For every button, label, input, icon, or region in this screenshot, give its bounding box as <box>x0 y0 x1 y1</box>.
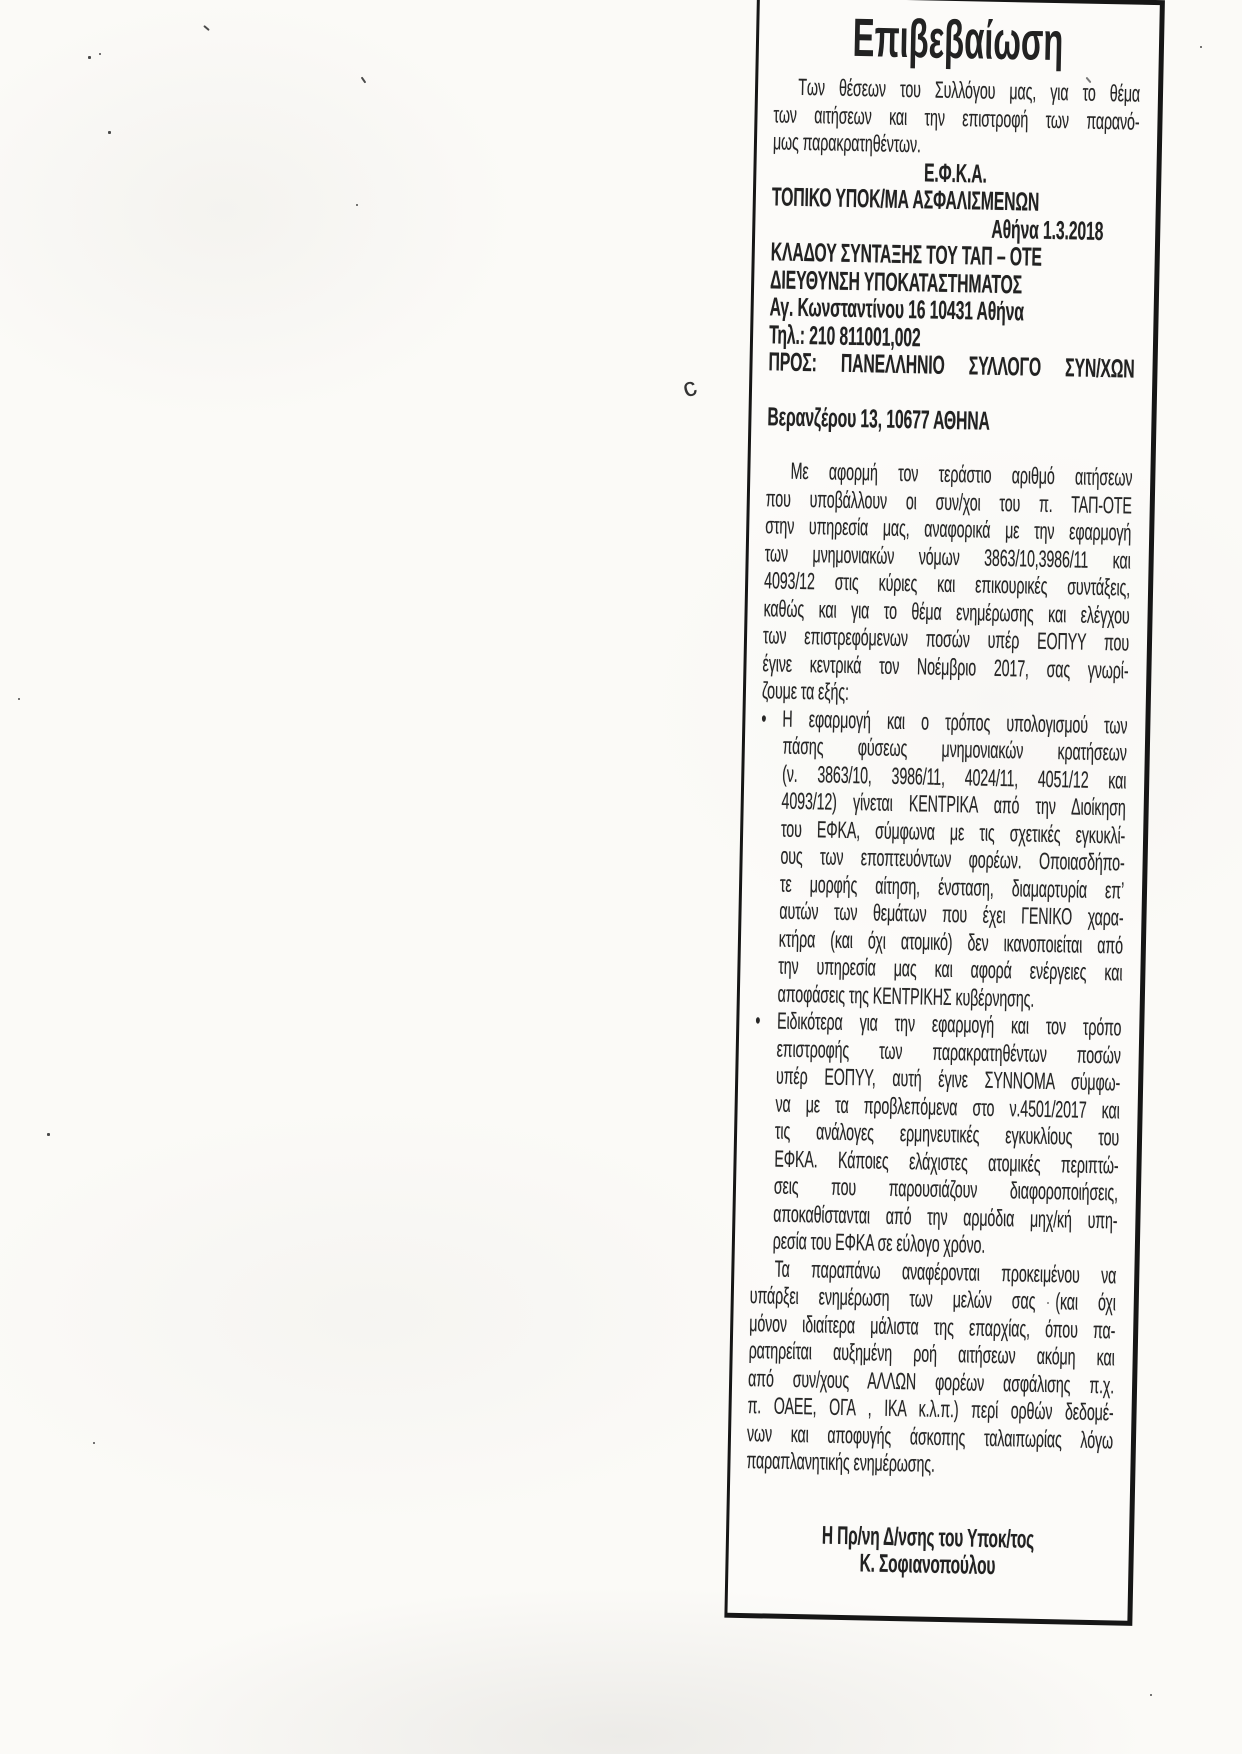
article-body: Των θέσεων του Συλλόγου μας, για το θέμα… <box>744 73 1140 1583</box>
text-line: Βερανζέρου 13, 10677 ΑΘΗΝΑ <box>767 403 1134 438</box>
scan-speck <box>18 698 20 700</box>
scan-speck <box>93 1442 95 1444</box>
scan-speck <box>361 77 367 84</box>
scan-speck <box>1200 46 1202 48</box>
scan-speck <box>108 131 111 134</box>
scan-speck <box>88 56 91 59</box>
scan-speck <box>356 204 358 206</box>
article-title: Επιβεβαίωση <box>775 7 1142 72</box>
article-text-column: Επιβεβαίωση Των θέσεων του Συλλόγου μας,… <box>744 7 1141 1583</box>
scanned-page: { "page": { "paper_color": "#fbfaf7", "i… <box>0 0 1242 1754</box>
text-line: ΠΡΟΣ: ΠΑΝΕΛΛΗΝΙΟ ΣΥΛΛΟΓΟ ΣΥΝ/ΧΩΝ <box>768 348 1135 383</box>
scan-speck <box>1150 1694 1152 1696</box>
scan-speck <box>47 1133 50 1136</box>
scan-speck <box>203 25 210 31</box>
margin-mark: ϲ <box>679 371 701 405</box>
article-content: Επιβεβαίωση Των θέσεων του Συλλόγου μας,… <box>728 0 1160 1583</box>
article-frame: Επιβεβαίωση Των θέσεων του Συλλόγου μας,… <box>724 0 1165 1626</box>
scan-speck <box>99 53 101 55</box>
